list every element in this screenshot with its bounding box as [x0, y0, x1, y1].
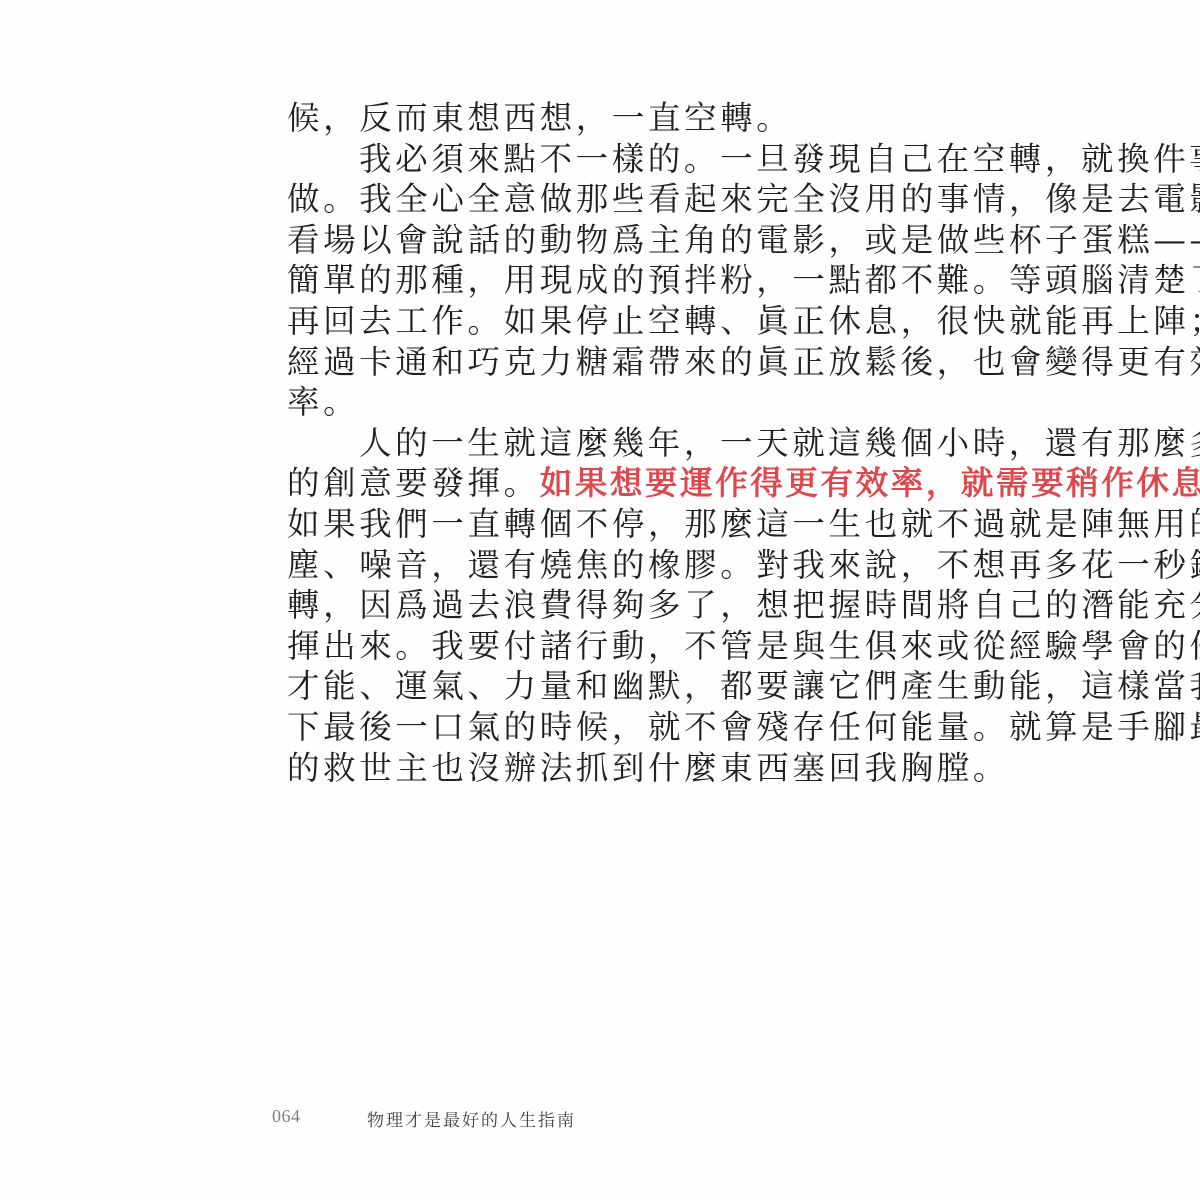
text-line-16: 下最後一口氣的時候，就不會殘存任何能量。就算是手腳最快 — [287, 707, 912, 748]
text-line-10-plain: 的創意要發揮。 — [287, 464, 540, 502]
book-title: 物理才是最好的人生指南 — [367, 1106, 576, 1131]
text-line-10: 的創意要發揮。如果想要運作得更有效率，就需要稍作休息。 — [287, 463, 912, 504]
text-line-2: 我必須來點不一樣的。一旦發現自己在空轉，就換件事情 — [287, 139, 912, 180]
text-line-14: 揮出來。我要付諸行動，不管是與生俱來或從經驗學會的任何 — [287, 626, 912, 667]
text-line-7: 經過卡通和巧克力糖霜帶來的眞正放鬆後，也會變得更有效 — [287, 342, 912, 383]
text-line-5: 簡單的那種，用現成的預拌粉，一點都不難。等頭腦清楚了， — [287, 260, 912, 301]
text-line-4: 看場以會說話的動物爲主角的電影，或是做些杯子蛋糕——最 — [287, 220, 912, 261]
text-line-13: 轉，因爲過去浪費得夠多了，想把握時間將自己的潛能充分發 — [287, 585, 912, 626]
text-line-3: 做。我全心全意做那些看起來完全沒用的事情，像是去電影院 — [287, 179, 912, 220]
text-line-8: 率。 — [287, 382, 912, 423]
body-text: 候，反而東想西想，一直空轉。 我必須來點不一樣的。一旦發現自己在空轉，就換件事情… — [287, 98, 912, 788]
book-page: 候，反而東想西想，一直空轉。 我必須來點不一樣的。一旦發現自己在空轉，就換件事情… — [0, 0, 1200, 1200]
text-line-6: 再回去工作。如果停止空轉、眞正休息，很快就能再上陣；而 — [287, 301, 912, 342]
text-line-12: 塵、噪音，還有燒焦的橡膠。對我來說，不想再多花一秒鐘空 — [287, 545, 912, 586]
text-line-11: 如果我們一直轉個不停，那麼這一生也就不過就是陣無用的煙 — [287, 504, 912, 545]
page-number: 064 — [272, 1106, 301, 1127]
text-line-9: 人的一生就這麼幾年，一天就這幾個小時，還有那麼多 — [287, 423, 912, 464]
text-line-1: 候，反而東想西想，一直空轉。 — [287, 98, 912, 139]
highlighted-sentence: 如果想要運作得更有效率，就需要稍作休息。 — [540, 464, 1200, 502]
text-line-17: 的救世主也沒辦法抓到什麼東西塞回我胸膛。 — [287, 748, 912, 789]
text-line-15: 才能、運氣、力量和幽默，都要讓它們產生動能，這樣當我嚥 — [287, 666, 912, 707]
